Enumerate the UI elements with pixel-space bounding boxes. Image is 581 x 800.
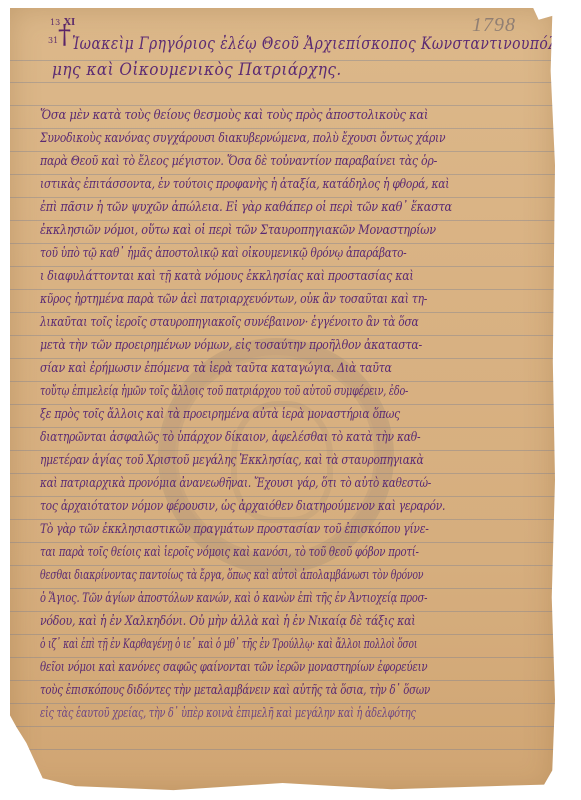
document-page: 1798 13 XI 31 † Ἰωακεὶμ Γρηγόριος ἐλέῳ Θ…	[10, 8, 555, 794]
body-line: θεσθαι διακρίνοντας παντοίως τὰ ἔργα, ὅπ…	[40, 568, 423, 583]
ruled-line	[10, 289, 555, 290]
body-line: διατηρῶνται ἀσφαλῶς τὸ ὑπάρχον δίκαιον, …	[40, 430, 420, 445]
body-line: ὁ ιζ᾽ καὶ ἐπὶ τῇ ἐν Καρθαγένῃ ὁ ιε᾽ καὶ …	[40, 637, 417, 652]
header-line: μης καὶ Οἰκουμενικὸς Πατριάρχης.	[52, 60, 342, 80]
body-line: ἐπὶ πᾶσιν ἡ τῶν ψυχῶν ἀπώλεια. Εἰ γὰρ κα…	[40, 200, 452, 215]
ruled-line	[10, 680, 555, 681]
ruled-line	[10, 611, 555, 612]
body-line: κῦρος ἠρτημένα παρὰ τῶν ἀεὶ πατριαρχευόν…	[40, 292, 427, 307]
body-line: ημετέραν ἁγίας τοῦ Χριστοῦ μεγάλης Ἐκκλη…	[40, 453, 424, 468]
body-line: καὶ πατριαρχικὰ προνόμια ἀνανεωθῆναι. Ἔχ…	[40, 476, 431, 491]
body-line: Τὸ γὰρ τῶν ἐκκλησιαστικῶν πραγμάτων προσ…	[40, 522, 429, 537]
body-line: εἰς τὰς ἑαυτοῦ χρείας, τὴν δ᾽ ὑπὲρ κοινὰ…	[40, 706, 416, 721]
ruled-line	[10, 657, 555, 658]
ruled-line	[10, 220, 555, 221]
body-line: ἐκκλησιῶν νόμοι, οὕτω καὶ οἱ περὶ τῶν Στ…	[40, 223, 436, 238]
ruled-line	[10, 266, 555, 267]
ruled-line	[10, 243, 555, 244]
ruled-line	[10, 312, 555, 313]
ruled-line	[10, 197, 555, 198]
body-line: ὁ Ἅγιος. Τῶν ἁγίων ἀποστόλων κανών, καὶ …	[40, 591, 427, 606]
body-line: παρὰ Θεοῦ καὶ τὸ ἔλεος μέγιστον. Ὅσα δὲ …	[40, 154, 437, 169]
ruled-line	[10, 128, 555, 129]
ruled-line	[10, 588, 555, 589]
ruled-line	[10, 749, 555, 750]
body-line: ξε πρὸς τοῖς ἄλλοις καὶ τὰ προειρημένα α…	[40, 407, 400, 422]
body-line: ι διαφυλάττονται καὶ τῇ κατὰ νόμους ἐκκλ…	[40, 269, 413, 284]
body-line: ται παρὰ τοῖς θείοις καὶ ἱεροῖς νόμοις κ…	[40, 545, 419, 560]
body-line: τοὺς ἐπισκόπους διδόντες τὴν μεταλαμβάνε…	[40, 683, 430, 698]
body-line: τοῦ ὑπὸ τῷ καθ᾽ ἡμᾶς ἀποστολικῷ καὶ οἰκο…	[40, 246, 406, 261]
ruled-line	[10, 703, 555, 704]
cross-icon: †	[58, 20, 71, 50]
ruled-line	[10, 335, 555, 336]
body-line: μετὰ τὴν τῶν προειρημένων νόμων, εἰς τοσ…	[40, 338, 422, 353]
body-line: τος ἀρχαιότατον νόμον φέρουσιν, ὡς ἀρχαι…	[40, 499, 445, 514]
body-line: τοὔτῳ ἐπιμελείᾳ ἡμῶν τοῖς ἄλλοις τοῦ πατ…	[40, 384, 408, 399]
ruled-line	[10, 726, 555, 727]
ruled-line	[10, 151, 555, 152]
ruled-line	[10, 82, 555, 83]
body-line: νόδου, καὶ ἡ ἐν Χαλκηδόνι. Οὐ μὴν ἀλλὰ κ…	[40, 614, 415, 629]
date-day-bottom: 31	[48, 36, 58, 46]
body-line: ιστικὰς ἐπιτάσσοντα, ἐν τούτοις προφανὴς…	[40, 177, 449, 192]
ruled-line	[10, 105, 555, 106]
body-line: Ὅσα μὲν κατὰ τοὺς θείους θεσμοὺς καὶ τοὺ…	[40, 108, 428, 123]
body-line: λικαῦται τοῖς ἱεροῖς σταυροπηγιακοῖς συν…	[40, 315, 419, 330]
ruled-line	[10, 634, 555, 635]
header-line: Ἰωακεὶμ Γρηγόριος ἐλέῳ Θεοῦ Ἀρχιεπίσκοπο…	[72, 34, 581, 54]
body-line: Συνοδικοὺς κανόνας συγχάρουσι διακυβερνώ…	[40, 131, 445, 146]
body-line: σίαν καὶ ἐρήμωσιν ἐπόμενα τὰ ἱερὰ ταῦτα …	[40, 361, 392, 376]
ruled-line	[10, 174, 555, 175]
body-line: θεῖοι νόμοι καὶ κανόνες σαφῶς φαίνονται …	[40, 660, 427, 675]
